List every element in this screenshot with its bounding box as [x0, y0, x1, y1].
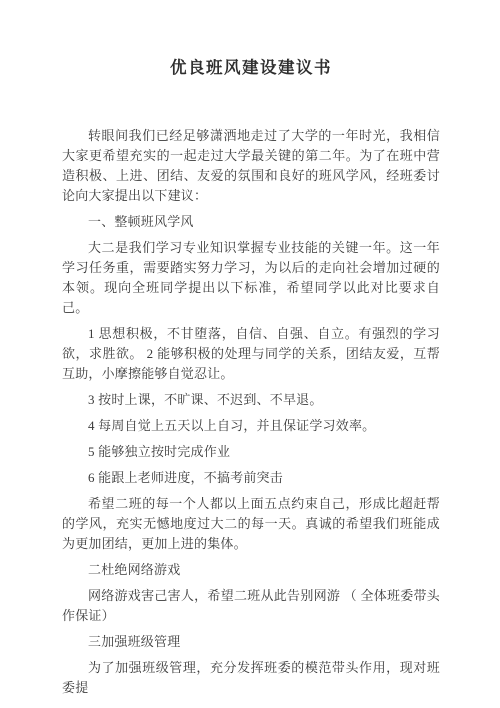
- section-3-heading: 三加强班级管理: [62, 632, 440, 652]
- rule-item-5: 5 能够独立按时完成作业: [62, 442, 440, 462]
- section-3-paragraph: 为了加强班级管理，充分发挥班委的模范带头作用，现对班委提: [62, 658, 440, 698]
- rule-item-3: 3 按时上课，不旷课、不迟到、不早退。: [62, 390, 440, 410]
- section-1-heading: 一、整顿班风学风: [62, 212, 440, 232]
- rule-item-1-2: 1 思想积极，不甘堕落，自信、自强、自立。有强烈的学习欲，求胜欲。 2 能够积极…: [62, 324, 440, 384]
- section-2-heading: 二杜绝网络游戏: [62, 560, 440, 580]
- rule-item-6: 6 能跟上老师进度，不搞考前突击: [62, 468, 440, 488]
- section-2-paragraph: 网络游戏害己害人，希望二班从此告别网游 （ 全体班委带头作保证）: [62, 586, 440, 626]
- section-1-paragraph: 大二是我们学习专业知识掌握专业技能的关键一年。这一年学习任务重，需要踏实努力学习…: [62, 238, 440, 318]
- intro-paragraph: 转眼间我们已经足够潇洒地走过了大学的一年时光，我相信大家更希望充实的一起走过大学…: [62, 126, 440, 206]
- document-title: 优良班风建设建议书: [62, 56, 440, 80]
- rule-item-4: 4 每周自觉上五天以上自习，并且保证学习效率。: [62, 416, 440, 436]
- section-1-closing-paragraph: 希望二班的每一个人都以上面五点约束自己，形成比超赶帮的学风，充实无憾地度过大二的…: [62, 494, 440, 554]
- document-page: 优良班风建设建议书 转眼间我们已经足够潇洒地走过了大学的一年时光，我相信大家更希…: [0, 0, 500, 708]
